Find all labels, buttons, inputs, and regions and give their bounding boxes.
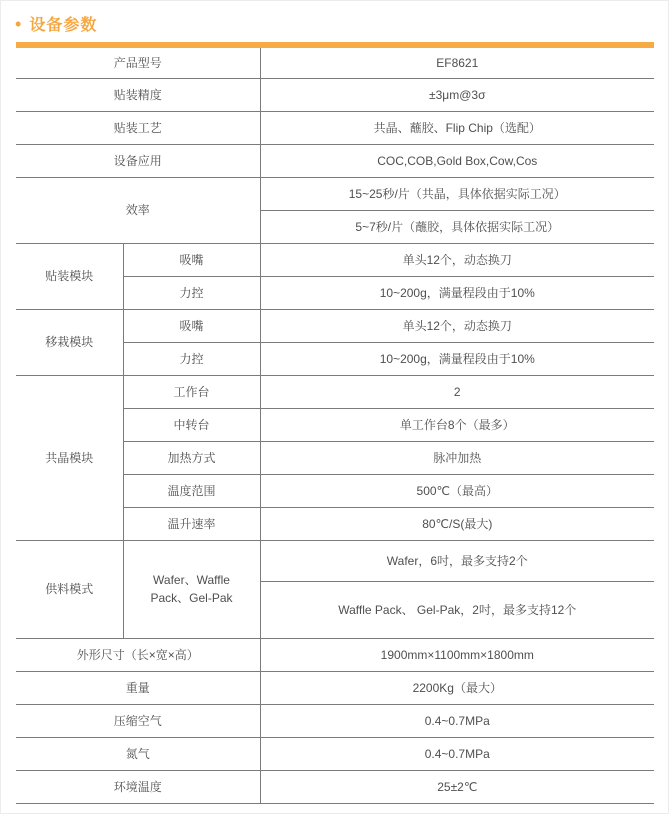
spec-label: 压缩空气 [16, 704, 260, 737]
module-sub-label: 吸嘴 [123, 243, 260, 276]
spec-label: 氮气 [16, 737, 260, 770]
table-row: 共晶模块 工作台 2 [16, 375, 654, 408]
page-title: 设备参数 [29, 12, 97, 35]
spec-value: 25±2℃ [260, 770, 654, 803]
spec-label: 效率 [16, 177, 260, 243]
page-header: • 设备参数 [1, 1, 668, 35]
module-group-label: 贴装模块 [16, 243, 123, 309]
module-sub-label: 加热方式 [123, 441, 260, 474]
spec-value: 1900mm×1100mm×1800mm [260, 638, 654, 671]
spec-value: 0.4~0.7MPa [260, 737, 654, 770]
spec-label: 环境温度 [16, 770, 260, 803]
table-row: 重量 2200Kg（最大） [16, 671, 654, 704]
table-row: 设备应用 COC,COB,Gold Box,Cow,Cos [16, 144, 654, 177]
table-row: 贴装精度 ±3μm@3σ [16, 78, 654, 111]
spec-table: 产品型号 EF8621 贴装精度 ±3μm@3σ 贴装工艺 共晶、蘸胶、Flip… [16, 42, 654, 804]
table-row: 环境温度 25±2℃ [16, 770, 654, 803]
spec-label: 外形尺寸（长×宽×高） [16, 638, 260, 671]
spec-value: COC,COB,Gold Box,Cow,Cos [260, 144, 654, 177]
spec-label: 设备应用 [16, 144, 260, 177]
spec-value: 2200Kg（最大） [260, 671, 654, 704]
spec-value: 共晶、蘸胶、Flip Chip（选配） [260, 111, 654, 144]
spec-value: 10~200g，满量程段由于10% [260, 276, 654, 309]
table-row: 移栽模块 吸嘴 单头12个，动态换刀 [16, 309, 654, 342]
table-row: 压缩空气 0.4~0.7MPa [16, 704, 654, 737]
spec-value: 脉冲加热 [260, 441, 654, 474]
module-sub-label: 吸嘴 [123, 309, 260, 342]
spec-value: 单头12个，动态换刀 [260, 309, 654, 342]
table-row: 产品型号 EF8621 [16, 45, 654, 78]
spec-label: 重量 [16, 671, 260, 704]
module-group-label: 共晶模块 [16, 375, 123, 540]
spec-value: ±3μm@3σ [260, 78, 654, 111]
spec-value: Wafer，6吋，最多支持2个 [260, 540, 654, 581]
spec-value: 单头12个，动态换刀 [260, 243, 654, 276]
bullet-icon: • [15, 15, 21, 33]
module-sub-label: 工作台 [123, 375, 260, 408]
module-sub-label: 温升速率 [123, 507, 260, 540]
module-group-label: 供料模式 [16, 540, 123, 638]
spec-value: 500℃（最高） [260, 474, 654, 507]
module-sub-label: Wafer、Waffle Pack、Gel-Pak [123, 540, 260, 638]
spec-value: 10~200g，满量程段由于10% [260, 342, 654, 375]
spec-value: Waffle Pack、 Gel-Pak，2吋，最多支持12个 [260, 581, 654, 638]
spec-value: 80℃/S(最大) [260, 507, 654, 540]
table-row: 外形尺寸（长×宽×高） 1900mm×1100mm×1800mm [16, 638, 654, 671]
module-sub-label: 温度范围 [123, 474, 260, 507]
spec-value: 0.4~0.7MPa [260, 704, 654, 737]
table-row: 效率 15~25秒/片（共晶，具体依据实际工况） [16, 177, 654, 210]
module-group-label: 移栽模块 [16, 309, 123, 375]
module-sub-label: 力控 [123, 276, 260, 309]
spec-value: 15~25秒/片（共晶，具体依据实际工况） [260, 177, 654, 210]
spec-label: 贴装精度 [16, 78, 260, 111]
table-row: 氮气 0.4~0.7MPa [16, 737, 654, 770]
spec-value: EF8621 [260, 45, 654, 78]
spec-value: 2 [260, 375, 654, 408]
table-row: 供料模式 Wafer、Waffle Pack、Gel-Pak Wafer，6吋，… [16, 540, 654, 581]
table-row: 贴装模块 吸嘴 单头12个，动态换刀 [16, 243, 654, 276]
spec-value: 单工作台8个（最多） [260, 408, 654, 441]
module-sub-label: 力控 [123, 342, 260, 375]
spec-value: 5~7秒/片（蘸胶，具体依据实际工况） [260, 210, 654, 243]
spec-label: 产品型号 [16, 45, 260, 78]
spec-label: 贴装工艺 [16, 111, 260, 144]
table-row: 贴装工艺 共晶、蘸胶、Flip Chip（选配） [16, 111, 654, 144]
module-sub-label: 中转台 [123, 408, 260, 441]
